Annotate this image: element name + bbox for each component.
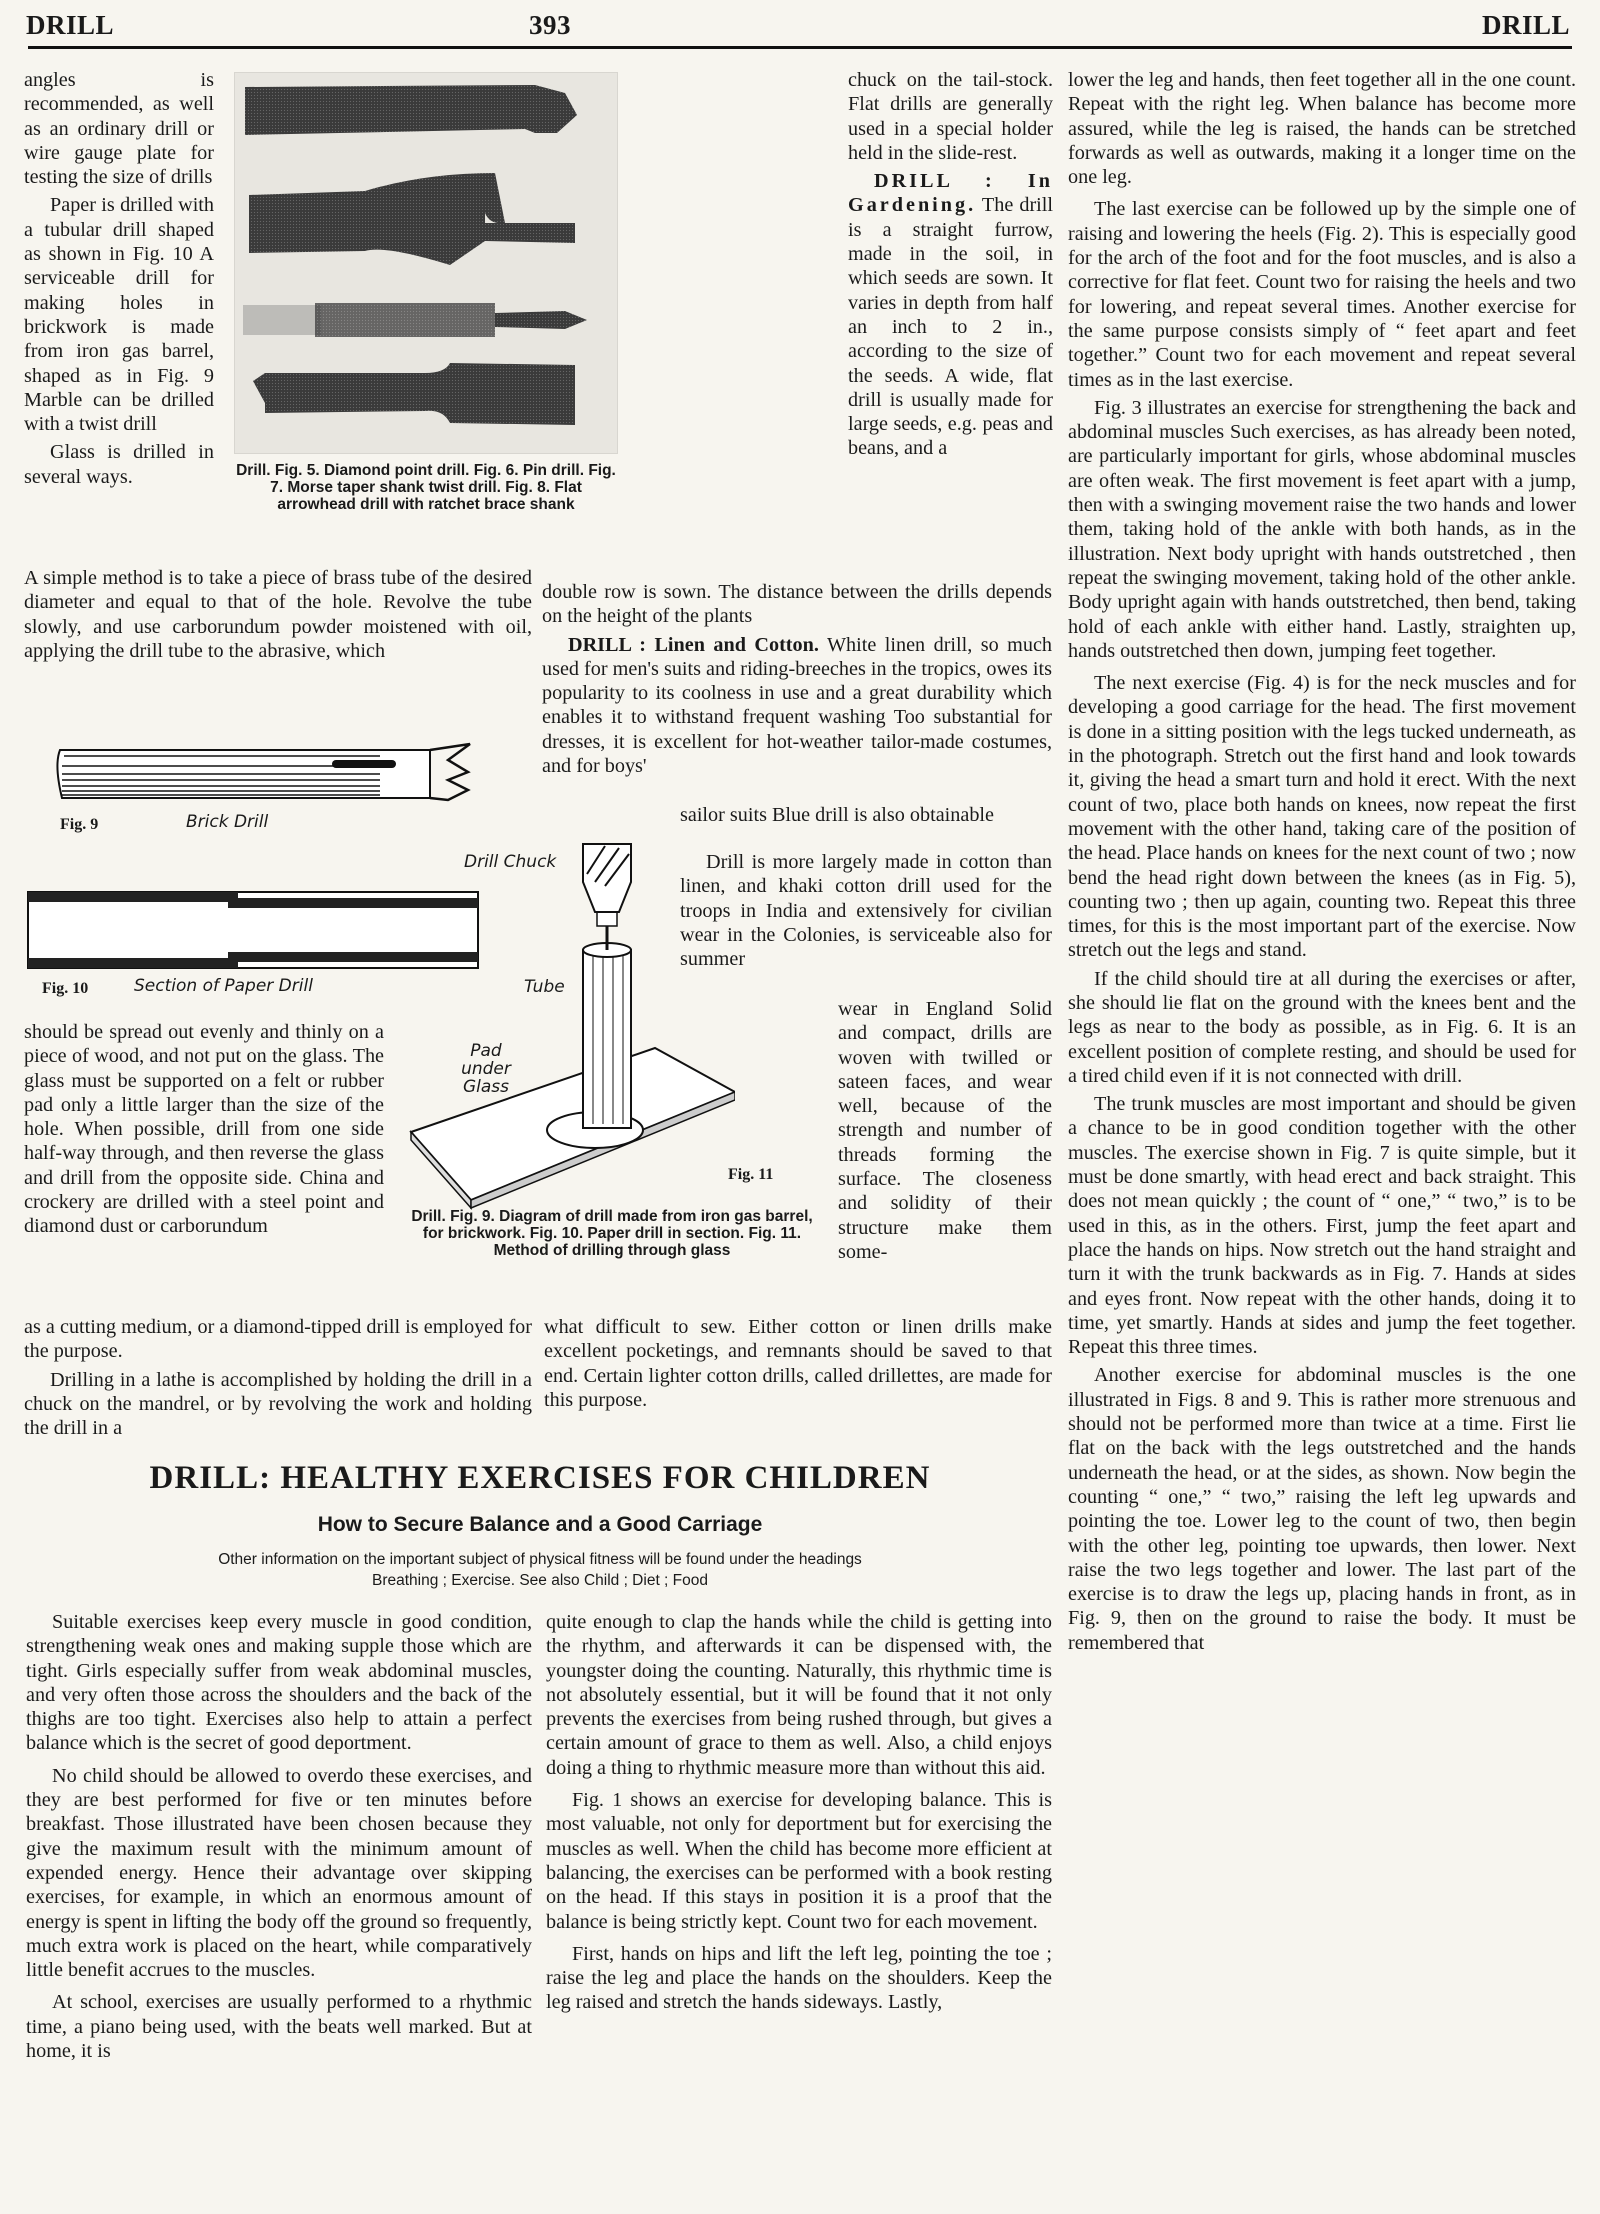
article-right-column: quite enough to clap the hands while the… <box>546 1610 1052 2015</box>
brick-drill-diagram <box>50 720 490 810</box>
fig11-tube-label: Tube <box>524 977 565 997</box>
paragraph: what difficult to sew. Either cotton or … <box>544 1315 1052 1412</box>
fig11-chuck-label: Drill Chuck <box>464 852 556 872</box>
col1-top-text: angles is recommended, as well as an ord… <box>24 68 214 489</box>
paragraph: The trunk muscles are most important and… <box>1068 1092 1576 1359</box>
header-rule <box>28 46 1572 49</box>
col2-wide-text: double row is sown. The distance between… <box>542 580 1052 778</box>
fig9-label: Fig. 9 <box>60 816 98 834</box>
drill-bits-illustration <box>235 73 617 453</box>
col2-bottom-text: what difficult to sew. Either cotton or … <box>544 1315 1052 1412</box>
running-head-right: DRILL <box>1482 10 1570 41</box>
paragraph: sailor suits Blue drill is also obtainab… <box>680 803 1052 827</box>
paragraph: Fig. 3 illustrates an exercise for stren… <box>1068 396 1576 663</box>
diagram-caption: Drill. Fig. 9. Diagram of drill made fro… <box>404 1208 820 1259</box>
col2-narrow1-text: sailor suits Blue drill is also obtainab… <box>680 803 1052 827</box>
article-title: DRILL: HEALTHY EXERCISES FOR CHILDREN <box>0 1460 1080 1497</box>
paragraph: double row is sown. The distance between… <box>542 580 1052 629</box>
paragraph: should be spread out evenly and thinly o… <box>24 1020 384 1239</box>
paragraph: quite enough to clap the hands while the… <box>546 1610 1052 1780</box>
paragraph: Another exercise for abdominal muscles i… <box>1068 1363 1576 1655</box>
article-note-line2: Breathing ; Exercise. See also Child ; D… <box>0 1572 1080 1590</box>
page-number: 393 <box>0 10 1100 41</box>
paragraph: First, hands on hips and lift the left l… <box>546 1942 1052 2015</box>
paragraph: Drill is more largely made in cotton tha… <box>680 850 1052 971</box>
paragraph: Fig. 1 shows an exercise for developing … <box>546 1788 1052 1934</box>
paragraph: If the child should tire at all during t… <box>1068 967 1576 1088</box>
fig11-label: Fig. 11 <box>728 1166 773 1184</box>
photo-caption: Drill. Fig. 5. Diamond point drill. Fig.… <box>236 462 616 513</box>
fig10-name: Section of Paper Drill <box>134 976 313 996</box>
paragraph: Drilling in a lathe is accomplished by h… <box>24 1368 532 1441</box>
paragraph: chuck on the tail-stock. Flat drills are… <box>848 68 1053 165</box>
col2-narrow3-text: wear in England Solid and compact, drill… <box>838 997 1052 1264</box>
paragraph: Paper is drilled with a tubular drill sh… <box>24 193 214 436</box>
article-left-column: Suitable exercises keep every muscle in … <box>26 1610 532 2063</box>
paragraph: as a cutting medium, or a diamond-tipped… <box>24 1315 532 1364</box>
gardening-text: The drill is a straight furrow, made in … <box>848 194 1053 459</box>
article-subtitle: How to Secure Balance and a Good Carriag… <box>0 1513 1080 1537</box>
col1-bottom-text: as a cutting medium, or a diamond-tipped… <box>24 1315 532 1440</box>
linen-cotton-heading: DRILL : Linen and Cotton. <box>568 634 819 656</box>
fig9-name: Brick Drill <box>186 812 268 832</box>
col1-wide-text: A simple method is to take a piece of br… <box>24 566 532 663</box>
paragraph: No child should be allowed to overdo the… <box>26 1764 532 1983</box>
paragraph: A simple method is to take a piece of br… <box>24 566 532 663</box>
drill-bits-photo <box>234 72 618 454</box>
article-note-line1: Other information on the important subje… <box>0 1551 1080 1569</box>
col3-text: lower the leg and hands, then feet toget… <box>1068 68 1576 1655</box>
paragraph: wear in England Solid and compact, drill… <box>838 997 1052 1264</box>
paragraph: The last exercise can be followed up by … <box>1068 197 1576 391</box>
paragraph: angles is recommended, as well as an ord… <box>24 68 214 189</box>
paragraph: Suitable exercises keep every muscle in … <box>26 1610 532 1756</box>
fig10-label: Fig. 10 <box>42 980 88 998</box>
paragraph: lower the leg and hands, then feet toget… <box>1068 68 1576 189</box>
paragraph: At school, exercises are usually perform… <box>26 1990 532 2063</box>
fig11-pad-label: Pad under Glass <box>446 1042 526 1096</box>
col1-mid-text: should be spread out evenly and thinly o… <box>24 1020 384 1239</box>
paragraph: Glass is drilled in several ways. <box>24 440 214 489</box>
paragraph: The next exercise (Fig. 4) is for the ne… <box>1068 671 1576 963</box>
col2-narrow2-text: Drill is more largely made in cotton tha… <box>680 850 1052 971</box>
col2-top-text: chuck on the tail-stock. Flat drills are… <box>848 68 1053 461</box>
